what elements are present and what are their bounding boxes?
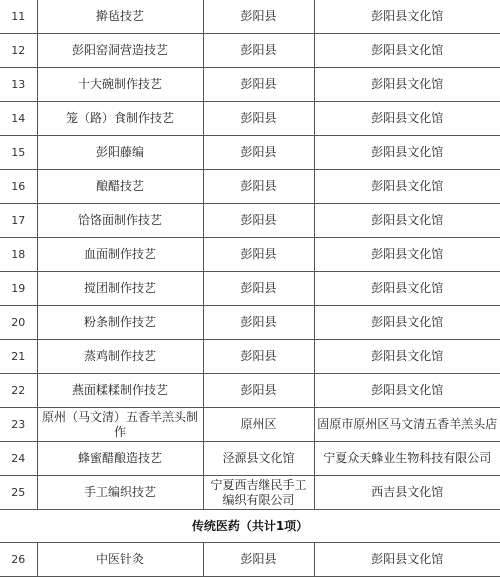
item-region: 彭阳县: [203, 340, 314, 374]
item-name: 中医针灸: [37, 543, 203, 576]
item-name: 原州（马文清）五香羊羔头制作: [37, 408, 203, 442]
table-row: 12彭阳窑洞营造技艺彭阳县彭阳县文化馆: [0, 34, 500, 68]
table-row: 18血面制作技艺彭阳县彭阳县文化馆: [0, 238, 500, 272]
item-name: 彭阳窑洞营造技艺: [37, 34, 203, 68]
item-region: 彭阳县: [203, 204, 314, 238]
item-name: 擀毡技艺: [37, 0, 203, 34]
item-protection-unit: 彭阳县文化馆: [314, 136, 500, 170]
table-row: 24蜂蜜醋酿造技艺泾源县文化馆宁夏众天蜂业生物科技有限公司: [0, 442, 500, 476]
item-number: 19: [0, 272, 37, 306]
section-header: 传统医药（共计1项）: [0, 510, 500, 543]
item-protection-unit: 彭阳县文化馆: [314, 374, 500, 408]
item-protection-unit: 彭阳县文化馆: [314, 204, 500, 238]
item-region: 彭阳县: [203, 170, 314, 204]
item-protection-unit: 彭阳县文化馆: [314, 306, 500, 340]
item-number: 13: [0, 68, 37, 102]
item-protection-unit: 彭阳县文化馆: [314, 68, 500, 102]
item-number: 18: [0, 238, 37, 272]
item-name: 蜂蜜醋酿造技艺: [37, 442, 203, 476]
item-protection-unit: 彭阳县文化馆: [314, 272, 500, 306]
item-number: 20: [0, 306, 37, 340]
item-protection-unit: 彭阳县文化馆: [314, 102, 500, 136]
item-number: 21: [0, 340, 37, 374]
item-region: 彭阳县: [203, 543, 314, 576]
item-number: 23: [0, 408, 37, 442]
item-number: 11: [0, 0, 37, 34]
table-row: 16酿醋技艺彭阳县彭阳县文化馆: [0, 170, 500, 204]
section-header-row: 传统医药（共计1项）: [0, 510, 500, 543]
item-name: 酿醋技艺: [37, 170, 203, 204]
table-row: 23原州（马文清）五香羊羔头制作原州区固原市原州区马文清五香羊羔头店: [0, 408, 500, 442]
item-number: 15: [0, 136, 37, 170]
item-protection-unit: 彭阳县文化馆: [314, 238, 500, 272]
item-number: 16: [0, 170, 37, 204]
item-name: 粉条制作技艺: [37, 306, 203, 340]
item-name: 十大碗制作技艺: [37, 68, 203, 102]
table-row: 20粉条制作技艺彭阳县彭阳县文化馆: [0, 306, 500, 340]
item-number: 25: [0, 476, 37, 510]
item-region: 原州区: [203, 408, 314, 442]
item-protection-unit: 彭阳县文化馆: [314, 0, 500, 34]
item-protection-unit: 彭阳县文化馆: [314, 170, 500, 204]
item-number: 22: [0, 374, 37, 408]
item-region: 彭阳县: [203, 136, 314, 170]
item-name: 蒸鸡制作技艺: [37, 340, 203, 374]
item-region: 彭阳县: [203, 34, 314, 68]
item-name: 饸饹面制作技艺: [37, 204, 203, 238]
item-name: 彭阳藤编: [37, 136, 203, 170]
item-protection-unit: 西吉县文化馆: [314, 476, 500, 510]
item-region: 彭阳县: [203, 68, 314, 102]
item-name: 燕面糅糅制作技艺: [37, 374, 203, 408]
item-protection-unit: 彭阳县文化馆: [314, 543, 500, 576]
item-region: 彭阳县: [203, 272, 314, 306]
item-number: 14: [0, 102, 37, 136]
table-row: 21蒸鸡制作技艺彭阳县彭阳县文化馆: [0, 340, 500, 374]
table-row: 25手工编织技艺宁夏西吉继民手工编织有限公司西吉县文化馆: [0, 476, 500, 510]
table-row: 19搅团制作技艺彭阳县彭阳县文化馆: [0, 272, 500, 306]
item-name: 笼（路）食制作技艺: [37, 102, 203, 136]
table-row: 17饸饹面制作技艺彭阳县彭阳县文化馆: [0, 204, 500, 238]
item-name: 血面制作技艺: [37, 238, 203, 272]
item-protection-unit: 宁夏众天蜂业生物科技有限公司: [314, 442, 500, 476]
item-protection-unit: 固原市原州区马文清五香羊羔头店: [314, 408, 500, 442]
item-number: 17: [0, 204, 37, 238]
item-protection-unit: 彭阳县文化馆: [314, 340, 500, 374]
item-region: 泾源县文化馆: [203, 442, 314, 476]
item-region: 彭阳县: [203, 306, 314, 340]
item-region: 宁夏西吉继民手工编织有限公司: [203, 476, 314, 510]
item-number: 12: [0, 34, 37, 68]
item-region: 彭阳县: [203, 374, 314, 408]
table-row: 13十大碗制作技艺彭阳县彭阳县文化馆: [0, 68, 500, 102]
item-region: 彭阳县: [203, 102, 314, 136]
table-row: 11擀毡技艺彭阳县彭阳县文化馆: [0, 0, 500, 34]
table-row: 15彭阳藤编彭阳县彭阳县文化馆: [0, 136, 500, 170]
item-protection-unit: 彭阳县文化馆: [314, 34, 500, 68]
item-name: 搅团制作技艺: [37, 272, 203, 306]
heritage-list-table: 11擀毡技艺彭阳县彭阳县文化馆12彭阳窑洞营造技艺彭阳县彭阳县文化馆13十大碗制…: [0, 0, 500, 575]
item-number: 24: [0, 442, 37, 476]
table-row: 14笼（路）食制作技艺彭阳县彭阳县文化馆: [0, 102, 500, 136]
item-number: 26: [0, 543, 37, 576]
item-name: 手工编织技艺: [37, 476, 203, 510]
table-row: 26中医针灸彭阳县彭阳县文化馆: [0, 543, 500, 576]
item-region: 彭阳县: [203, 0, 314, 34]
table-row: 22燕面糅糅制作技艺彭阳县彭阳县文化馆: [0, 374, 500, 408]
item-region: 彭阳县: [203, 238, 314, 272]
